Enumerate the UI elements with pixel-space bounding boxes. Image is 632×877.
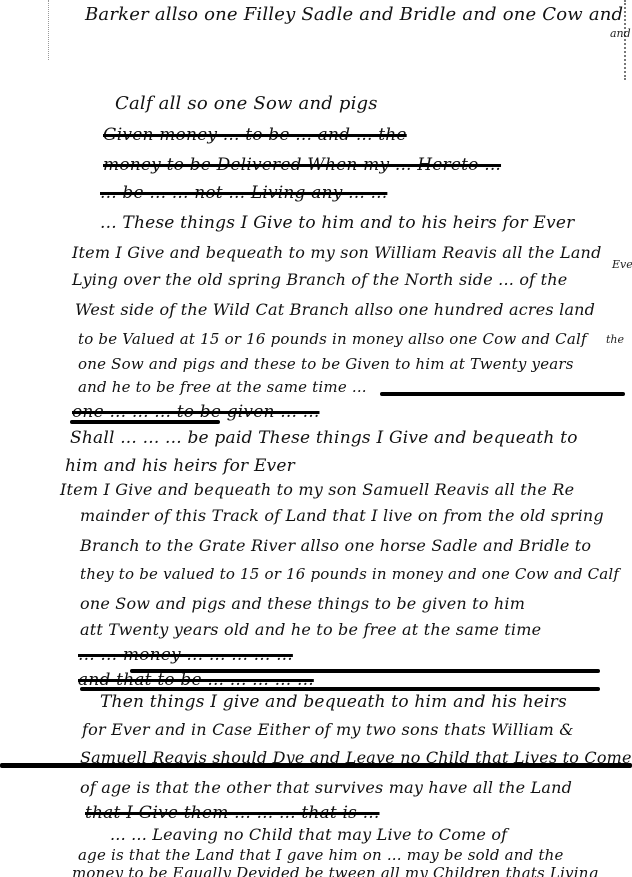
strike-bar <box>0 763 632 768</box>
manuscript-line-struck: Given money ... to be ... and ... the <box>103 125 407 145</box>
manuscript-line: one Sow and pigs and these to be Given t… <box>78 355 574 373</box>
manuscript-line: mainder of this Track of Land that I liv… <box>80 506 604 525</box>
manuscript-line: they to be valued to 15 or 16 pounds in … <box>80 565 619 583</box>
strike-bar <box>70 420 220 424</box>
manuscript-line: Shall ... ... ... be paid These things I… <box>70 428 578 448</box>
manuscript-line: one Sow and pigs and these things to be … <box>80 594 525 613</box>
manuscript-line: Then things I give and bequeath to him a… <box>100 692 567 712</box>
manuscript-line: Branch to the Grate River allso one hors… <box>80 536 591 555</box>
manuscript-line-struck: that I Give them ... ... ... that is ... <box>85 803 380 823</box>
manuscript-line: for Ever and in Case Either of my two so… <box>82 720 574 739</box>
manuscript-line: age is that the Land that I gave him on … <box>78 846 564 864</box>
manuscript-page: Barker allso one Filley Sadle and Bridle… <box>0 0 632 877</box>
manuscript-line: ... These things I Give to him and to hi… <box>100 213 574 233</box>
manuscript-line: and he to be free at the same time ... <box>78 378 367 396</box>
manuscript-line: Lying over the old spring Branch of the … <box>72 270 567 289</box>
page-edge-left <box>48 0 51 60</box>
manuscript-line: West side of the Wild Cat Branch allso o… <box>75 300 595 319</box>
manuscript-line-struck: one ... ... ... to be given ... ... <box>72 402 319 422</box>
strike-bar <box>380 392 625 396</box>
manuscript-line: Item I Give and bequeath to my son Samue… <box>60 480 574 499</box>
manuscript-line: to be Valued at 15 or 16 pounds in money… <box>78 330 587 348</box>
manuscript-line: Item I Give and bequeath to my son Willi… <box>72 243 602 262</box>
page-edge-right <box>624 0 628 80</box>
strike-bar <box>130 669 600 673</box>
strike-bar <box>80 687 600 691</box>
manuscript-line: ... ... Leaving no Child that may Live t… <box>110 825 507 844</box>
manuscript-line-struck: ... ... money ... ... ... ... ... <box>78 645 293 665</box>
margin-note: Ever <box>612 258 632 271</box>
manuscript-line-struck: ... be ... ... not ... Living any ... ..… <box>100 183 387 203</box>
manuscript-line: of age is that the other that survives m… <box>80 778 572 797</box>
manuscript-line-struck: money to be Delivered When my ... Hereto… <box>103 155 501 175</box>
margin-note: the <box>606 333 624 346</box>
margin-note: and <box>610 27 631 40</box>
manuscript-line: Calf all so one Sow and pigs <box>115 93 378 114</box>
manuscript-line: money to be Equally Devided be tween all… <box>72 864 598 877</box>
manuscript-line: Barker allso one Filley Sadle and Bridle… <box>85 4 623 25</box>
manuscript-line: him and his heirs for Ever <box>65 456 295 476</box>
manuscript-line: att Twenty years old and he to be free a… <box>80 620 541 639</box>
